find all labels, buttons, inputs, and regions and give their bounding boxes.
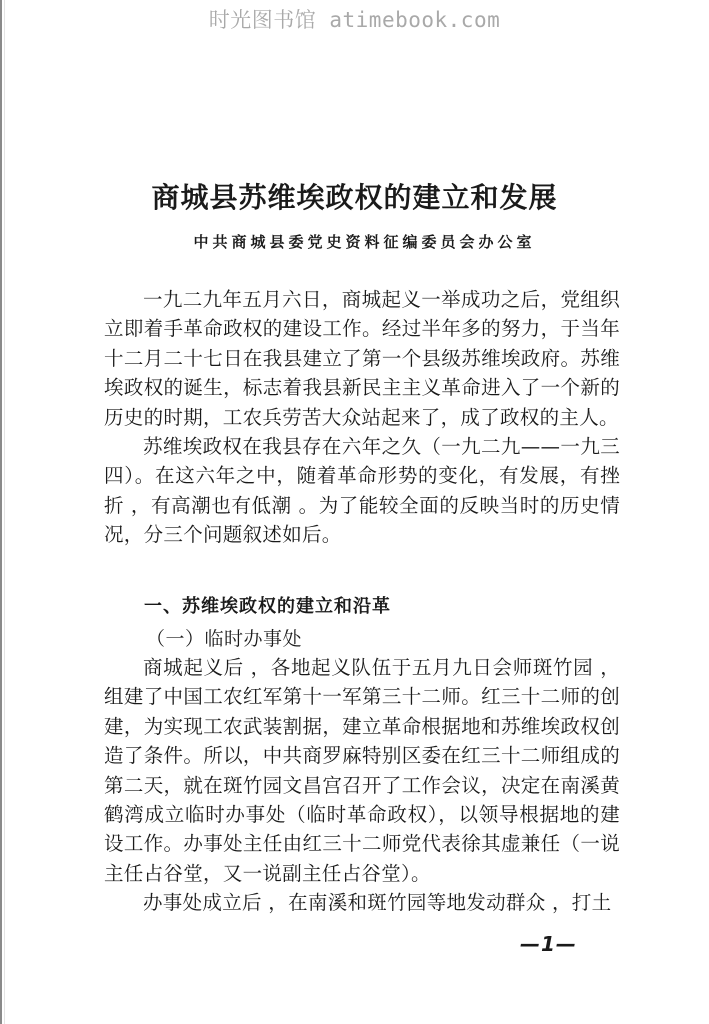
paragraph-4: 办事处成立后 ，在南溪和斑竹园等地发动群众 ，打土	[104, 888, 620, 917]
section-heading: 一、苏维埃政权的建立和沿革	[144, 592, 391, 618]
paragraph-4-container: 办事处成立后 ，在南溪和斑竹园等地发动群众 ，打土	[104, 888, 620, 917]
paragraph-2-container: 苏维埃政权在我县存在六年之久（一九二九——一九三四）。在这六年之中，随着革命形势…	[104, 432, 620, 550]
document-title: 商城县苏维埃政权的建立和发展	[0, 176, 709, 216]
subsection-heading: （一）临时办事处	[146, 624, 302, 651]
page-number: —1—	[520, 932, 577, 956]
page-edge-line	[4, 0, 5, 1024]
document-author: 中共商城县委党史资料征编委员会办公室	[0, 231, 709, 252]
paragraph-3-container: 商城起义后 ，各地起义队伍于五月九日会师斑竹园 ，组建了中国工农红军第十一军第三…	[104, 653, 620, 888]
watermark: 时光图书馆 atimebook.com	[0, 4, 709, 34]
paragraph-3: 商城起义后 ，各地起义队伍于五月九日会师斑竹园 ，组建了中国工农红军第十一军第三…	[104, 653, 620, 888]
paragraph-1-container: 一九二九年五月六日，商城起义一举成功之后，党组织立即着手革命政权的建设工作。经过…	[104, 285, 620, 432]
paragraph-1: 一九二九年五月六日，商城起义一举成功之后，党组织立即着手革命政权的建设工作。经过…	[104, 285, 620, 432]
page-edge-shadow	[0, 0, 2, 1024]
paragraph-2: 苏维埃政权在我县存在六年之久（一九二九——一九三四）。在这六年之中，随着革命形势…	[104, 432, 620, 550]
